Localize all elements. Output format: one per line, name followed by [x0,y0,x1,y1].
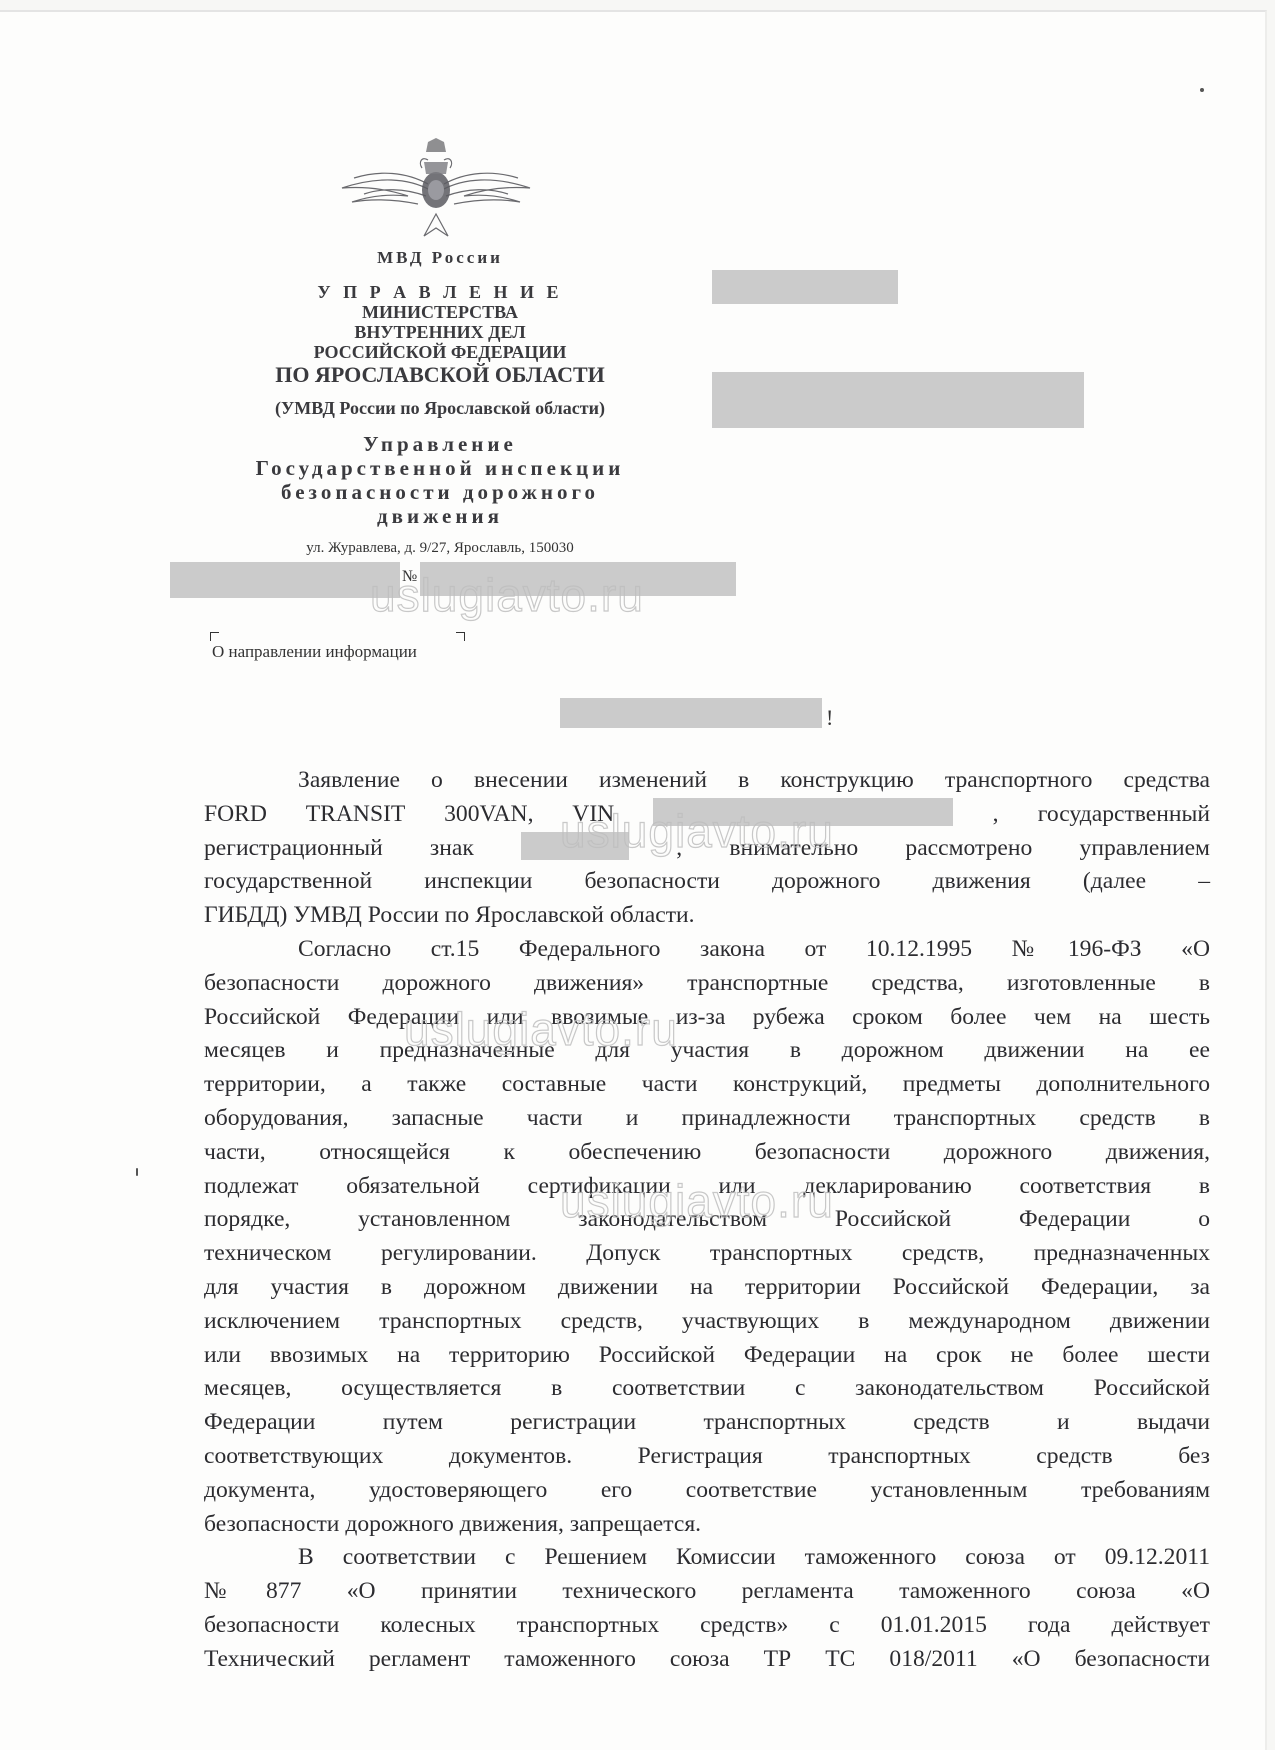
body-line: безопасности дорожного движения» транспо… [204,967,1210,1001]
redacted-registration-plate [521,832,629,860]
body-line: территории, а также составные части конс… [204,1068,1210,1102]
body-line: безопасности колесных транспортных средс… [204,1609,1210,1643]
body-line: Российской Федерации или ввозимые из-за … [204,1001,1210,1035]
letter-subject: О направлении информации [212,642,417,662]
subject-bracket-right [456,632,465,641]
redacted-salutation-name [560,698,822,728]
double-headed-eagle-emblem-icon [338,138,534,242]
body-line: месяцев, осуществляется в соответствии с… [204,1372,1210,1406]
salutation-exclamation: ! [826,705,833,731]
body-line: части, относящейся к обеспечению безопас… [204,1136,1210,1170]
dept-line-4: движения [180,504,700,528]
scan-speck [1200,88,1204,92]
dept-line-2: Государственной инспекции [180,456,700,480]
dept-line-1: Управление [180,432,700,456]
org-abbreviation: (УМВД России по Ярославской области) [180,397,700,419]
body-line: Федерации путем регистрации транспортных… [204,1406,1210,1440]
body-line-vin: FORD TRANSIT 300VAN, VIN , государственн… [204,798,1210,832]
body-line: техническом регулировании. Допуск трансп… [204,1237,1210,1271]
body-line: для участия в дорожном движении на терри… [204,1271,1210,1305]
body-line: документа, удостоверяющего его соответст… [204,1474,1210,1508]
body-text-fragment: , государственный [993,801,1210,827]
redacted-outgoing-number [420,562,736,596]
letter-body: Заявление о внесении изменений в констру… [204,764,1210,1677]
body-line: безопасности дорожного движения, запреща… [204,1508,1210,1542]
body-text-fragment: регистрационный знак [204,835,474,861]
org-line-1: У П Р А В Л Е Н И Е [180,282,700,302]
body-line: исключением транспортных средств, участв… [204,1305,1210,1339]
body-line: соответствующих документов. Регистрация … [204,1440,1210,1474]
body-line: Заявление о внесении изменений в констру… [204,764,1210,798]
scan-speck [136,1168,138,1176]
body-line: В соответствии с Решением Комиссии тамож… [204,1541,1210,1575]
body-line: ГИБДД) УМВД России по Ярославской област… [204,899,1210,933]
body-text-fragment: , внимательно рассмотрено управлением [676,835,1210,861]
subject-bracket-left [210,632,219,641]
body-line: Согласно ст.15 Федерального закона от 10… [204,933,1210,967]
number-sign: № [402,568,417,586]
dept-line-3: безопасности дорожного [180,480,700,504]
body-line: подлежат обязательной сертификации или д… [204,1170,1210,1204]
org-line-2: МИНИСТЕРСТВА [180,302,700,322]
redacted-recipient-name [712,270,898,304]
body-line: №877 «О принятии технического регламента… [204,1575,1210,1609]
org-line-4: РОССИЙСКОЙ ФЕДЕРАЦИИ [180,342,700,362]
body-line: месяцев и предназначенные для участия в … [204,1034,1210,1068]
body-line: порядке, установленном законодательством… [204,1203,1210,1237]
org-line-5: ПО ЯРОСЛАВСКОЙ ОБЛАСТИ [180,362,700,388]
org-short-name: МВД России [180,248,700,268]
document-page: МВД России У П Р А В Л Е Н И Е МИНИСТЕРС… [0,10,1267,1750]
body-line-plate: регистрационный знак , внимательно рассм… [204,832,1210,866]
body-line: или ввозимых на территорию Российской Фе… [204,1339,1210,1373]
org-line-3: ВНУТРЕННИХ ДЕЛ [180,322,700,342]
body-line: Технический регламент таможенного союза … [204,1643,1210,1677]
org-address: ул. Журавлева, д. 9/27, Ярославль, 15003… [180,540,700,557]
body-line: оборудования, запасные части и принадлеж… [204,1102,1210,1136]
body-line: государственной инспекции безопасности д… [204,865,1210,899]
redacted-recipient-address [712,372,1084,428]
vehicle-model-text: FORD TRANSIT 300VAN, VIN [204,801,614,827]
redacted-vin-number [653,798,953,826]
redacted-outgoing-date [170,562,400,598]
